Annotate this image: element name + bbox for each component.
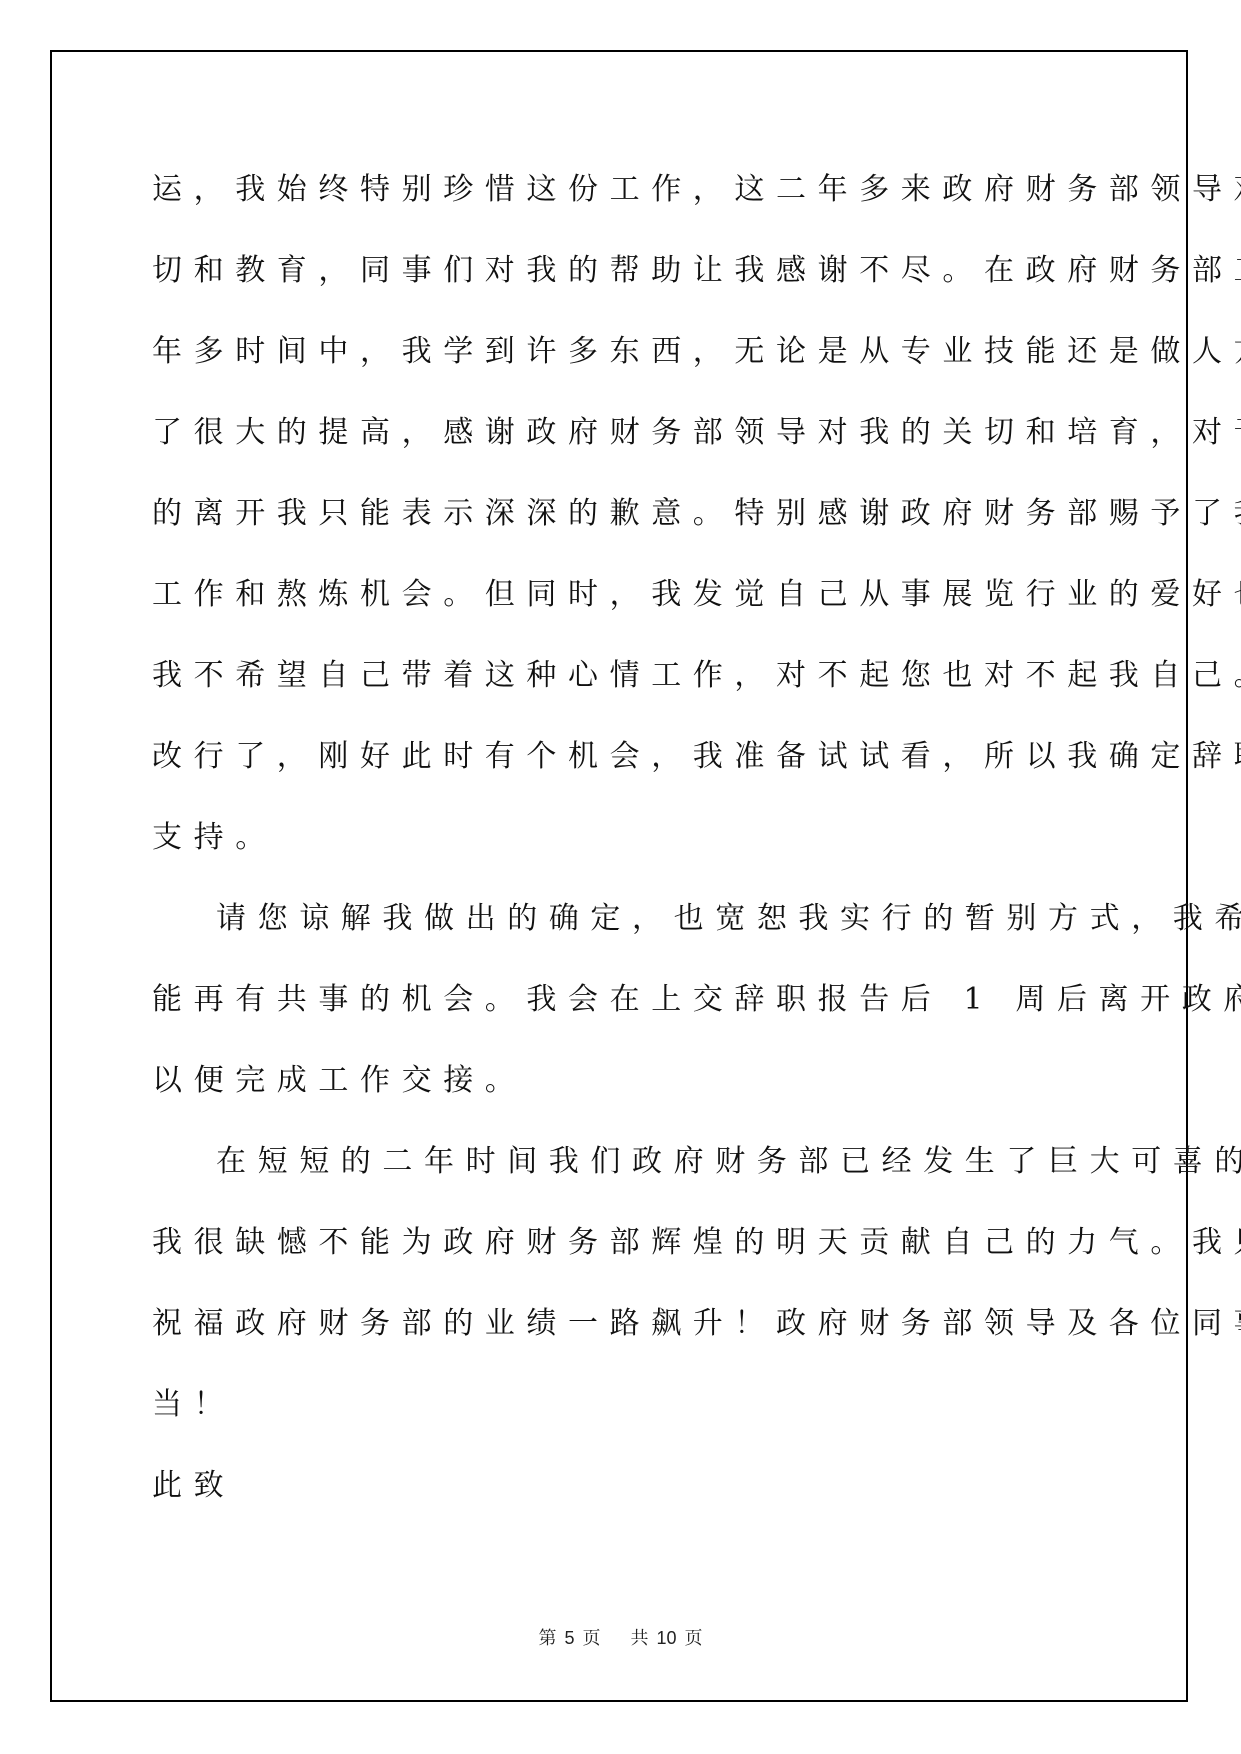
current-page-number: 5 bbox=[564, 1628, 574, 1648]
text-line: 改行了，刚好此时有个机会，我准备试试看，所以我确定辞职，请您 bbox=[152, 733, 1092, 814]
text-line: 当！ bbox=[152, 1381, 1092, 1462]
current-page-label: 第 bbox=[538, 1628, 556, 1648]
text-line: 我不希望自己带着这种心情工作，对不起您也对不起我自己。真得该 bbox=[152, 652, 1092, 733]
text-line: 我很缺憾不能为政府财务部辉煌的明天贡献自己的力气。我只有诚心 bbox=[152, 1219, 1092, 1300]
current-page-unit: 页 bbox=[582, 1628, 600, 1648]
closing-salutation: 此致 bbox=[152, 1462, 1092, 1543]
page-number-footer: 第5页共10页 bbox=[0, 1624, 1241, 1650]
total-pages-number: 10 bbox=[656, 1628, 676, 1648]
text-line: 能再有共事的机会。我会在上交辞职报告后 1 周后离开政府财务部， bbox=[152, 976, 1092, 1057]
text-line: 了很大的提高，感谢政府财务部领导对我的关切和培育，对于我此刻 bbox=[152, 409, 1092, 490]
text-line: 工作和熬炼机会。但同时，我发觉自己从事展览行业的爱好也减退了， bbox=[152, 571, 1092, 652]
text-line: 年多时间中，我学到许多东西，无论是从专业技能还是做人方面都有 bbox=[152, 328, 1092, 409]
text-line: 支持。 bbox=[152, 814, 1092, 895]
text-line: 以便完成工作交接。 bbox=[152, 1057, 1092, 1138]
text-line: 运，我始终特别珍惜这份工作，这二年多来政府财务部领导对我的关 bbox=[152, 166, 1092, 247]
document-body: 运，我始终特别珍惜这份工作，这二年多来政府财务部领导对我的关 切和教育，同事们对… bbox=[152, 166, 1092, 1543]
total-pages-label: 共 bbox=[630, 1628, 648, 1648]
text-line: 祝福政府财务部的业绩一路飙升！政府财务部领导及各位同事工作顺 bbox=[152, 1300, 1092, 1381]
total-pages-unit: 页 bbox=[685, 1628, 703, 1648]
paragraph-start-line: 请您谅解我做出的确定，也宽恕我实行的暂别方式，我希望我们 bbox=[152, 895, 1092, 976]
text-line: 切和教育，同事们对我的帮助让我感谢不尽。在政府财务部工作的二 bbox=[152, 247, 1092, 328]
paragraph-start-line: 在短短的二年时间我们政府财务部已经发生了巨大可喜的改变， bbox=[152, 1138, 1092, 1219]
text-line: 的离开我只能表示深深的歉意。特别感谢政府财务部赐予了我这样的 bbox=[152, 490, 1092, 571]
